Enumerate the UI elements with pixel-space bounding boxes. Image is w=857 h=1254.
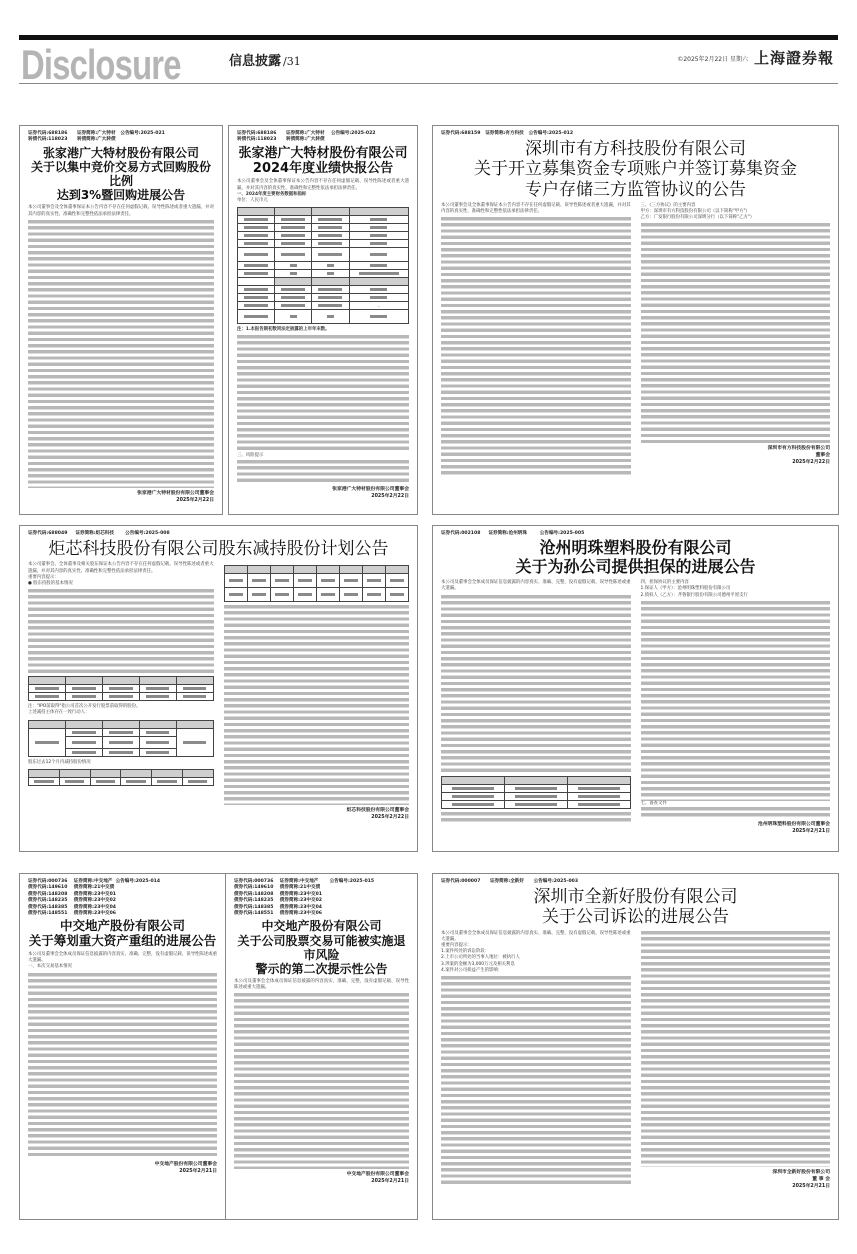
intro-text: 本公司及董事会全体成员保证信息披露的内容真实、准确、完整，没有虚假记载、误导性陈…: [234, 979, 409, 991]
headline: 中交地产股份有限公司 关于筹划重大资产重组的进展公告: [28, 919, 217, 949]
body-text-block: [234, 993, 409, 1169]
signature: 中交地产股份有限公司董事会 2025年2月21日: [234, 1171, 409, 1185]
reduction-plan-table: [224, 565, 410, 602]
body-text-block: [28, 220, 214, 488]
two-column-body: 本公司董事会及全体董事保证本公告内容不存在任何虚假记载、误导性陈述或者重大遗漏，…: [441, 203, 830, 475]
body-text-block: [641, 931, 831, 1167]
announcement-juxin-reduction: 证券代码:688049 证券简称:炬芯科技 公告编号:2025-008 炬芯科技…: [19, 525, 418, 852]
security-codes: 证券代码:688186 证券简称:广大特材 公告编号:2025-021 转债代码…: [28, 131, 214, 144]
body-text-block: [237, 335, 409, 453]
headline: 张家港广大特材股份有限公司 2024年度业绩快报公告: [237, 146, 409, 177]
security-codes: 证券代码:000736 证券简称:中交地产 公告编号:2025-015 债券代码…: [234, 879, 409, 917]
financial-data-table: –: [237, 207, 409, 324]
announcement-youfang-escrow: 证券代码:688159 证券简称:有方科技 公告编号:2025-012 深圳市有…: [432, 125, 839, 515]
security-codes: 证券代码:000736 证券简称:中交地产 公告编号:2025-014 债券代码…: [28, 879, 217, 917]
signature: 张家港广大特材股份有限公司董事会 2025年2月22日: [237, 486, 409, 500]
headline: 深圳市有方科技股份有限公司 关于开立募集资金专项账户并签订募集资金 专户存储三方…: [441, 139, 830, 199]
past12-label: 股东过去12个月内减持股份情况: [28, 760, 214, 766]
announcement-quanxinhao-litigation: 证券代码:000007 证券简称:全新好 公告编号:2025-003 深圳市全新…: [432, 873, 839, 1220]
bullet: ● 股东持股的基本情况: [28, 581, 214, 587]
shareholding-table: [28, 676, 214, 701]
signature: 炬芯科技股份有限公司董事会 2025年2月22日: [224, 807, 410, 821]
two-column-body: 本公司及董事会全体成员保证信息披露的内容真实、准确、完整，没有虚假记载、误导性陈…: [441, 580, 830, 835]
headline: 深圳市全新好股份有限公司 关于公司诉讼的进展公告: [441, 887, 830, 927]
body-text-block: [28, 589, 214, 673]
headline: 中交地产股份有限公司 关于公司股票交易可能被实施退市风险 警示的第二次提示性公告: [234, 919, 409, 976]
intro-text: 本公司及董事会全体成员保证信息披露的内容真实、准确、完整，没有虚假记载、误导性陈…: [441, 931, 631, 943]
party-b: 乙方：广发银行股份有限公司深圳分行（以下简称"乙方"）: [641, 215, 831, 221]
masthead: Disclosure 信息披露/31 ©2025年2月22日 星期六 上海證券報: [19, 44, 838, 84]
intro-text: 本公司董事会及全体董事保证本公告内容不存在任何虚假记载、误导性陈述或者重大遗漏，…: [441, 203, 631, 215]
page-number: /31: [283, 55, 301, 68]
two-column-body: 本公司及董事会全体成员保证信息披露的内容真实、准确、完整，没有虚假记载、误导性陈…: [441, 931, 830, 1190]
signature: 深圳市有方科技股份有限公司 董事会 2025年2月22日: [641, 445, 831, 466]
body-text-block: [441, 217, 631, 475]
dateline: ©2025年2月22日 星期六: [677, 54, 748, 63]
signature: 沧州明珠塑料股份有限公司董事会 2025年2月21日: [641, 821, 831, 835]
concert-party-table: [28, 720, 214, 757]
security-codes: 证券代码:688186 证券简称:广大特材 公告编号:2025-022 转债代码…: [237, 131, 409, 144]
signature: 深圳市全新好股份有限公司 董 事 会 2025年2月21日: [641, 1169, 831, 1190]
announcement-guangda-buyback: 证券代码:688186 证券简称:广大特材 公告编号:2025-021 转债代码…: [19, 125, 223, 515]
body-text-block: [224, 605, 410, 805]
announcement-zhongjiao-delisting: 证券代码:000736 证券简称:中交地产 公告编号:2025-015 债券代码…: [226, 873, 418, 1220]
security-codes: 证券代码:688049 证券简称:炬芯科技 公告编号:2025-008: [28, 531, 409, 537]
disclosure-wordmark: Disclosure: [21, 41, 181, 89]
signature: 中交地产股份有限公司董事会 2025年2月21日: [28, 1161, 217, 1175]
headline: 沧州明珠塑料股份有限公司 关于为孙公司提供担保的进展公告: [441, 539, 830, 577]
body-text-block: [641, 601, 831, 801]
body-text-block: [441, 976, 631, 1184]
body-text-block: [641, 223, 831, 443]
body-text-block: [28, 973, 217, 1159]
table-unit: 单位：人民币元: [237, 198, 409, 204]
two-column-body: 本公司董事会、全体董事及相关股东保证本公告内容不存在任何虚假记载、误导性陈述或者…: [28, 562, 409, 821]
body-text-block: [441, 595, 631, 773]
security-codes: 证券代码:000007 证券简称:全新好 公告编号:2025-003: [441, 879, 830, 885]
security-codes: 证券代码:002108 证券简称:沧州明珠 公告编号:2025-005: [441, 531, 830, 537]
table-note: 注：1.本报告期初数同法定披露的上年年末数。: [237, 327, 409, 333]
headline: 张家港广大特材股份有限公司 关于以集中竞价交易方式回购股份比例 达到3%暨回购进…: [28, 146, 214, 203]
intro-text: 本公司及董事会全体成员保证信息披露的内容真实、准确、完整，没有虚假记载、误导性陈…: [441, 580, 631, 592]
section-heading: 一、本次交易基本情况: [28, 964, 217, 970]
key-point: 4.案件对公司损益产生的影响：: [441, 968, 631, 974]
intro-text: 本公司及董事会全体成员保证信息披露的内容真实、准确、完整，没有虚假记载、误导性陈…: [28, 952, 217, 964]
concert-label: 上述减持主体存在一致行动人：: [28, 710, 214, 716]
section-title: 信息披露/31: [229, 50, 301, 69]
financial-summary-table: [441, 776, 631, 809]
intro-text: 本公司董事会及全体董事保证本公告内容不存在任何虚假记载、误导性陈述或者重大遗漏，…: [28, 205, 214, 217]
body-text-block: [441, 812, 631, 824]
headline: 炬芯科技股份有限公司股东减持股份计划公告: [28, 539, 409, 559]
signature: 张家港广大特材股份有限公司董事会 2025年2月22日: [28, 490, 214, 504]
past-reduction-table: [28, 769, 214, 786]
announcement-guangda-express: 证券代码:688186 证券简称:广大特材 公告编号:2025-022 转债代码…: [228, 125, 418, 515]
body-text-block: [237, 460, 409, 484]
announcement-zhongjiao-restructure: 证券代码:000736 证券简称:中交地产 公告编号:2025-014 债券代码…: [19, 873, 226, 1220]
security-codes: 证券代码:688159 证券简称:有方科技 公告编号:2025-012: [441, 131, 830, 137]
masthead-rule: [19, 35, 838, 40]
section-name: 信息披露: [229, 54, 281, 69]
creditor: 2.债权人（乙方）：齐鲁银行股份有限公司德州平原支行: [641, 593, 831, 599]
announcement-mingzhu-guarantee: 证券代码:002108 证券简称:沧州明珠 公告编号:2025-005 沧州明珠…: [432, 525, 839, 852]
intro-text: 本公司董事会及全体董事保证本公告内容不存在任何虚假记载、误导性陈述或者重大遗漏，…: [237, 179, 409, 191]
newspaper-logo: 上海證券報: [754, 47, 834, 68]
body-text-block: [641, 807, 831, 819]
intro-text: 本公司董事会、全体董事及相关股东保证本公告内容不存在任何虚假记载、误导性陈述或者…: [28, 562, 214, 574]
